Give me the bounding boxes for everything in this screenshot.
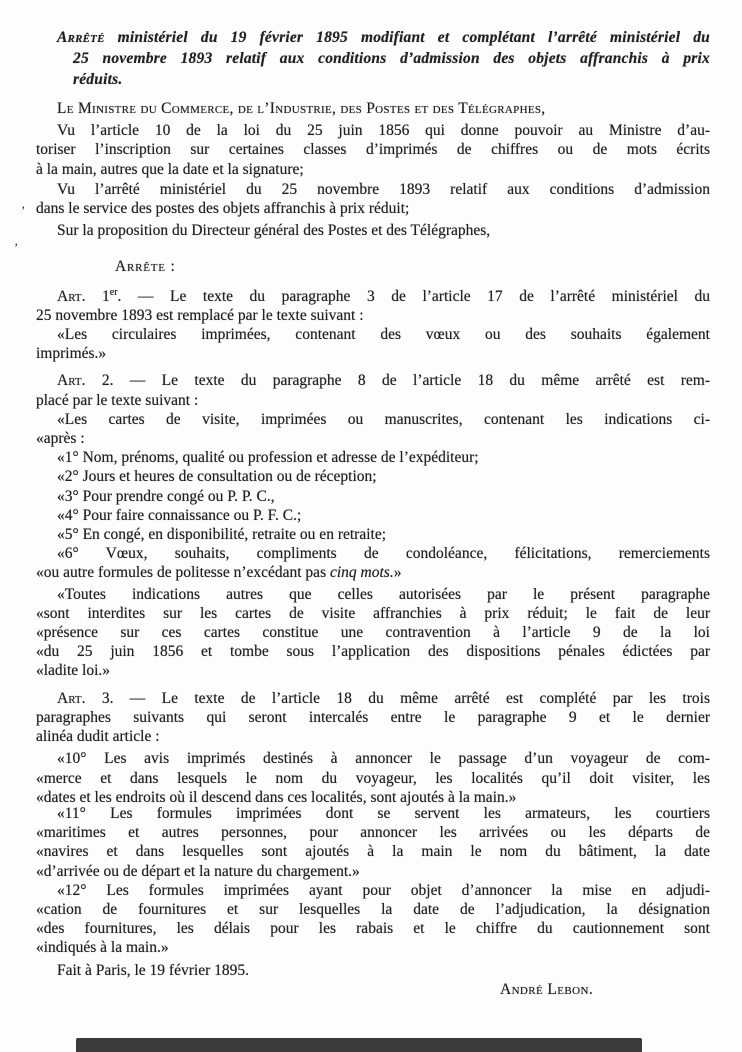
text-line: «du 25 juin 1856 et tombe sous l’applica… xyxy=(36,642,710,661)
title-line-3: réduits. xyxy=(36,69,710,90)
list-item-4: «4° Pour faire connaissance ou P. F. C.; xyxy=(36,506,710,525)
title-lead-word: Arrêté xyxy=(57,29,105,46)
text-line: «d’arrivée ou de départ et la nature du … xyxy=(36,862,710,881)
list-item-1: «1° Nom, prénoms, qualité ou profession … xyxy=(36,448,710,467)
arrete-heading: Arrête : xyxy=(36,257,710,276)
text-line: «Les cartes de visite, imprimées ou manu… xyxy=(36,410,710,429)
text-line: «après : xyxy=(36,429,710,448)
text-line: dans le service des postes des objets af… xyxy=(36,199,710,218)
text-line: «présence sur ces cartes constitue une c… xyxy=(36,623,710,642)
scan-speck: ’ xyxy=(21,203,25,219)
article-1-superscript: er xyxy=(110,286,118,297)
numbered-list: «1° Nom, prénoms, qualité ou profession … xyxy=(36,448,710,582)
title-line-2: 25 novembre 1893 relatif aux conditions … xyxy=(36,48,710,69)
article-3-label: Art. 3. xyxy=(57,690,113,707)
paragraph-sur-proposition: Sur la proposition du Directeur général … xyxy=(36,221,710,240)
text-line: «Les circulaires imprimées, contenant de… xyxy=(36,325,710,344)
text-line: «navires et dans lesquelles sont ajoutés… xyxy=(36,842,710,861)
text-line: toriser l’inscription sur certaines clas… xyxy=(36,140,710,159)
text-line: «10° Les avis imprimés destinés à annonc… xyxy=(36,749,710,768)
paragraph-item-10: «10° Les avis imprimés destinés à annonc… xyxy=(36,749,710,807)
scan-edge-artifact xyxy=(76,1038,642,1052)
decree-title: Arrêté ministériel du 19 février 1895 mo… xyxy=(36,27,710,90)
text-line: à la main, autres que la date et la sign… xyxy=(36,160,710,179)
scan-speck: ’ xyxy=(14,240,18,256)
date-line: Fait à Paris, le 19 février 1895. xyxy=(36,961,710,980)
text-line: Art. 1er. — Le texte du paragraphe 3 de … xyxy=(36,287,710,306)
text-line: Vu l’article 10 de la loi du 25 juin 185… xyxy=(36,121,710,140)
paragraph-article-1: Art. 1er. — Le texte du paragraphe 3 de … xyxy=(36,287,710,364)
text-line: «cation de fournitures et sur lesquelles… xyxy=(36,900,710,919)
text-line: «maritimes et autres personnes, pour ann… xyxy=(36,823,710,842)
paragraph-item-11: «11° Les formules imprimées dont se serv… xyxy=(36,804,710,881)
list-item-2: «2° Jours et heures de consultation ou d… xyxy=(36,467,710,486)
text-line-part: — Le texte du paragraphe 8 de l’article … xyxy=(113,372,710,389)
paragraph-item-12: «12° Les formules imprimées ayant pour o… xyxy=(36,881,710,958)
italic-phrase: cinq mots. xyxy=(330,564,394,581)
title-line-1: Arrêté ministériel du 19 février 1895 mo… xyxy=(36,27,710,48)
text-line: «sont interdites sur les cartes de visit… xyxy=(36,604,710,623)
title-line-1-text: ministériel du 19 février 1895 modifiant… xyxy=(105,29,710,46)
paragraph-article-2: Art. 2. — Le texte du paragraphe 8 de l’… xyxy=(36,371,710,448)
paragraph-article-3: Art. 3. — Le texte de l’article 18 du mê… xyxy=(36,689,710,747)
list-item-6-line-2: «ou autre formules de politesse n’excéda… xyxy=(36,563,710,582)
text-line: placé par le texte suivant : xyxy=(36,391,710,410)
text-line: paragraphes suivants qui seront intercal… xyxy=(36,708,710,727)
paragraph-vu-1: Vu l’article 10 de la loi du 25 juin 185… xyxy=(36,121,710,179)
paragraph-toutes-indications: «Toutes indications autres que celles au… xyxy=(36,585,710,681)
text-line-part: » xyxy=(394,564,402,581)
document-content: Arrêté ministériel du 19 février 1895 mo… xyxy=(36,27,710,999)
article-2-label: Art. 2. xyxy=(57,372,113,389)
text-line: «merce et dans lesquels le nom du voyage… xyxy=(36,769,710,788)
text-line: «11° Les formules imprimées dont se serv… xyxy=(36,804,710,823)
text-line: alinéa dudit article : xyxy=(36,727,710,746)
text-line: «ladite loi.» xyxy=(36,661,710,680)
scanned-document-page: ’ ’ Arrêté ministériel du 19 février 189… xyxy=(0,0,742,1052)
text-line-part: «ou autre formules de politesse n’excéda… xyxy=(36,564,330,581)
minister-line: Le Ministre du Commerce, de l’Industrie,… xyxy=(36,99,710,118)
list-item-5: «5° En congé, en disponibilité, retraite… xyxy=(36,525,710,544)
text-line: Art. 3. — Le texte de l’article 18 du mê… xyxy=(36,689,710,708)
text-line: «indiqués à la main.» xyxy=(36,938,710,957)
text-line: imprimés.» xyxy=(36,344,710,363)
text-line-part: . — Le texte du paragraphe 3 de l’articl… xyxy=(118,288,710,305)
text-line: «12° Les formules imprimées ayant pour o… xyxy=(36,881,710,900)
text-line: Vu l’arrêté ministériel du 25 novembre 1… xyxy=(36,180,710,199)
text-line: 25 novembre 1893 est remplacé par le tex… xyxy=(36,306,710,325)
signature: André Lebon. xyxy=(36,980,710,999)
text-line: «des fournitures, les délais pour les ra… xyxy=(36,919,710,938)
text-line: «Toutes indications autres que celles au… xyxy=(36,585,710,604)
list-item-6-line-1: «6° Vœux, souhaits, compliments de condo… xyxy=(36,544,710,563)
paragraph-vu-2: Vu l’arrêté ministériel du 25 novembre 1… xyxy=(36,180,710,218)
list-item-3: «3° Pour prendre congé ou P. P. C., xyxy=(36,487,710,506)
article-1-label: Art. 1 xyxy=(57,288,110,305)
text-line: Art. 2. — Le texte du paragraphe 8 de l’… xyxy=(36,371,710,390)
text-line-part: — Le texte de l’article 18 du même arrêt… xyxy=(113,690,710,707)
